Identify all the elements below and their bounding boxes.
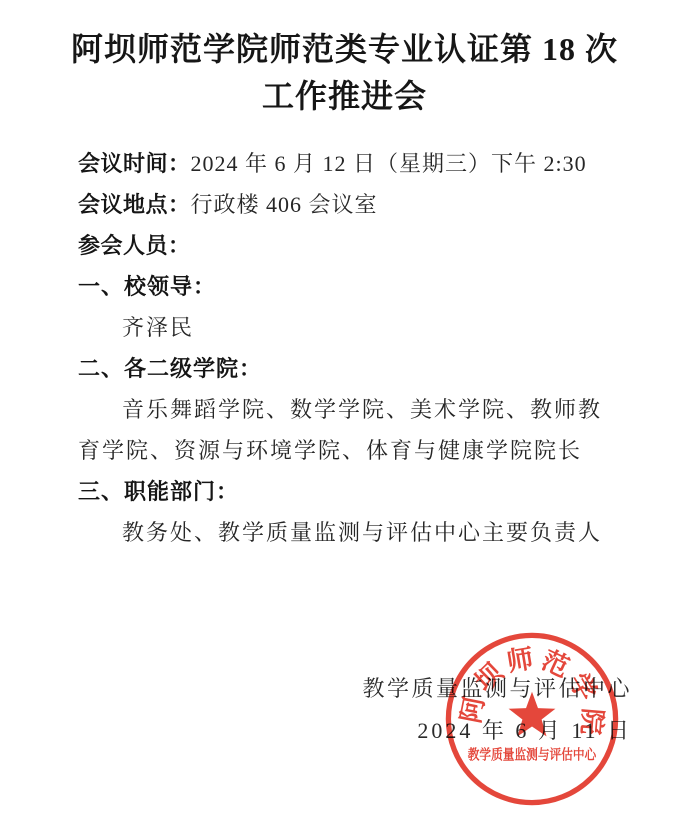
section-leaders: 一、校领导： 齐泽民 [78, 266, 619, 348]
title-line-1: 阿坝师范学院师范类专业认证第 18 次 [30, 26, 659, 73]
section-departments-content: 教务处、教学质量监测与评估中心主要负责人 [78, 512, 619, 553]
section-colleges: 二、各二级学院： 音乐舞蹈学院、数学学院、美术学院、教师教育学院、资源与环境学院… [78, 348, 619, 471]
meeting-place-row: 会议地点：行政楼 406 会议室 [78, 184, 619, 225]
signature-block: 教学质量监测与评估中心 2024 年 6 月 11 日 [362, 668, 632, 752]
meeting-time-row: 会议时间：2024 年 6 月 12 日（星期三）下午 2:30 [78, 143, 619, 184]
attendees-row: 参会人员： [78, 225, 619, 266]
document-body: 会议时间：2024 年 6 月 12 日（星期三）下午 2:30 会议地点：行政… [78, 143, 619, 553]
meeting-place-value: 行政楼 406 会议室 [191, 192, 378, 217]
meeting-time-label: 会议时间： [78, 151, 191, 176]
meeting-place-label: 会议地点： [78, 192, 191, 217]
signature-date: 2024 年 6 月 11 日 [362, 710, 632, 752]
section-colleges-heading: 二、各二级学院： [78, 348, 619, 389]
section-leaders-content: 齐泽民 [78, 307, 619, 348]
title-line-2: 工作推进会 [30, 73, 659, 120]
signature-department: 教学质量监测与评估中心 [362, 668, 632, 710]
section-colleges-content: 音乐舞蹈学院、数学学院、美术学院、教师教育学院、资源与环境学院、体育与健康学院院… [78, 389, 619, 471]
document-title: 阿坝师范学院师范类专业认证第 18 次 工作推进会 [30, 26, 659, 120]
meeting-time-value: 2024 年 6 月 12 日（星期三）下午 2:30 [191, 151, 587, 176]
document-page: 阿坝师范学院师范类专业认证第 18 次 工作推进会 会议时间：2024 年 6 … [0, 0, 689, 819]
attendees-label: 参会人员： [78, 233, 191, 258]
section-departments-heading: 三、职能部门： [78, 471, 619, 512]
section-leaders-heading: 一、校领导： [78, 266, 619, 307]
section-departments: 三、职能部门： 教务处、教学质量监测与评估中心主要负责人 [78, 471, 619, 553]
